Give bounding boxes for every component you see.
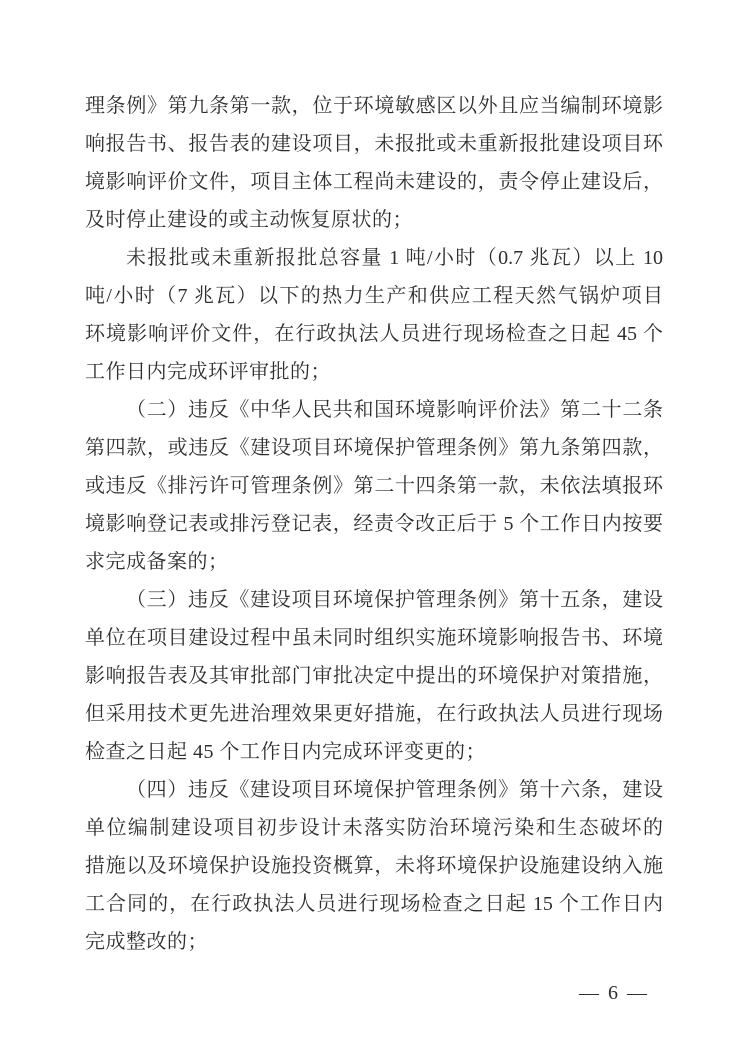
text-line: 未报批或未重新报批总容量 1 吨/小时（0.7 兆瓦）以上 10 (85, 239, 663, 277)
text-line: 完成整改的； (85, 923, 663, 961)
text-line: 工合同的，在行政执法人员进行现场检查之日起 15 个工作日内 (85, 885, 663, 923)
text-line: 境影响登记表或排污登记表，经责令改正后于 5 个工作日内按要 (85, 505, 663, 543)
text-line: 单位编制建设项目初步设计未落实防治环境污染和生态破坏的 (85, 809, 663, 847)
text-line: 但采用技术更先进治理效果更好措施，在行政执法人员进行现场 (85, 695, 663, 733)
text-line: 及时停止建设的或主动恢复原状的； (85, 201, 663, 239)
text-line: 单位在项目建设过程中虽未同时组织实施环境影响报告书、环境 (85, 619, 663, 657)
page-number: — 6 — (579, 981, 649, 1005)
text-line: 境影响评价文件，项目主体工程尚未建设的，责令停止建设后， (85, 163, 663, 201)
text-line: 求完成备案的； (85, 543, 663, 581)
text-line: （二）违反《中华人民共和国环境影响评价法》第二十二条 (85, 391, 663, 429)
text-line: 工作日内完成环评审批的； (85, 353, 663, 391)
text-line: 或违反《排污许可管理条例》第二十四条第一款，未依法填报环 (85, 467, 663, 505)
text-line: 第四款，或违反《建设项目环境保护管理条例》第九条第四款， (85, 429, 663, 467)
document-body: 理条例》第九条第一款，位于环境敏感区以外且应当编制环境影响报告书、报告表的建设项… (85, 87, 663, 961)
document-page: 理条例》第九条第一款，位于环境敏感区以外且应当编制环境影响报告书、报告表的建设项… (0, 0, 744, 1053)
text-line: 理条例》第九条第一款，位于环境敏感区以外且应当编制环境影 (85, 87, 663, 125)
text-line: 措施以及环境保护设施投资概算，未将环境保护设施建设纳入施 (85, 847, 663, 885)
text-line: 检查之日起 45 个工作日内完成环评变更的； (85, 733, 663, 771)
text-line: 吨/小时（7 兆瓦）以下的热力生产和供应工程天然气锅炉项目 (85, 277, 663, 315)
text-line: （四）违反《建设项目环境保护管理条例》第十六条，建设 (85, 771, 663, 809)
text-line: 影响报告表及其审批部门审批决定中提出的环境保护对策措施， (85, 657, 663, 695)
text-line: （三）违反《建设项目环境保护管理条例》第十五条，建设 (85, 581, 663, 619)
text-line: 响报告书、报告表的建设项目，未报批或未重新报批建设项目环 (85, 125, 663, 163)
text-line: 环境影响评价文件，在行政执法人员进行现场检查之日起 45 个 (85, 315, 663, 353)
